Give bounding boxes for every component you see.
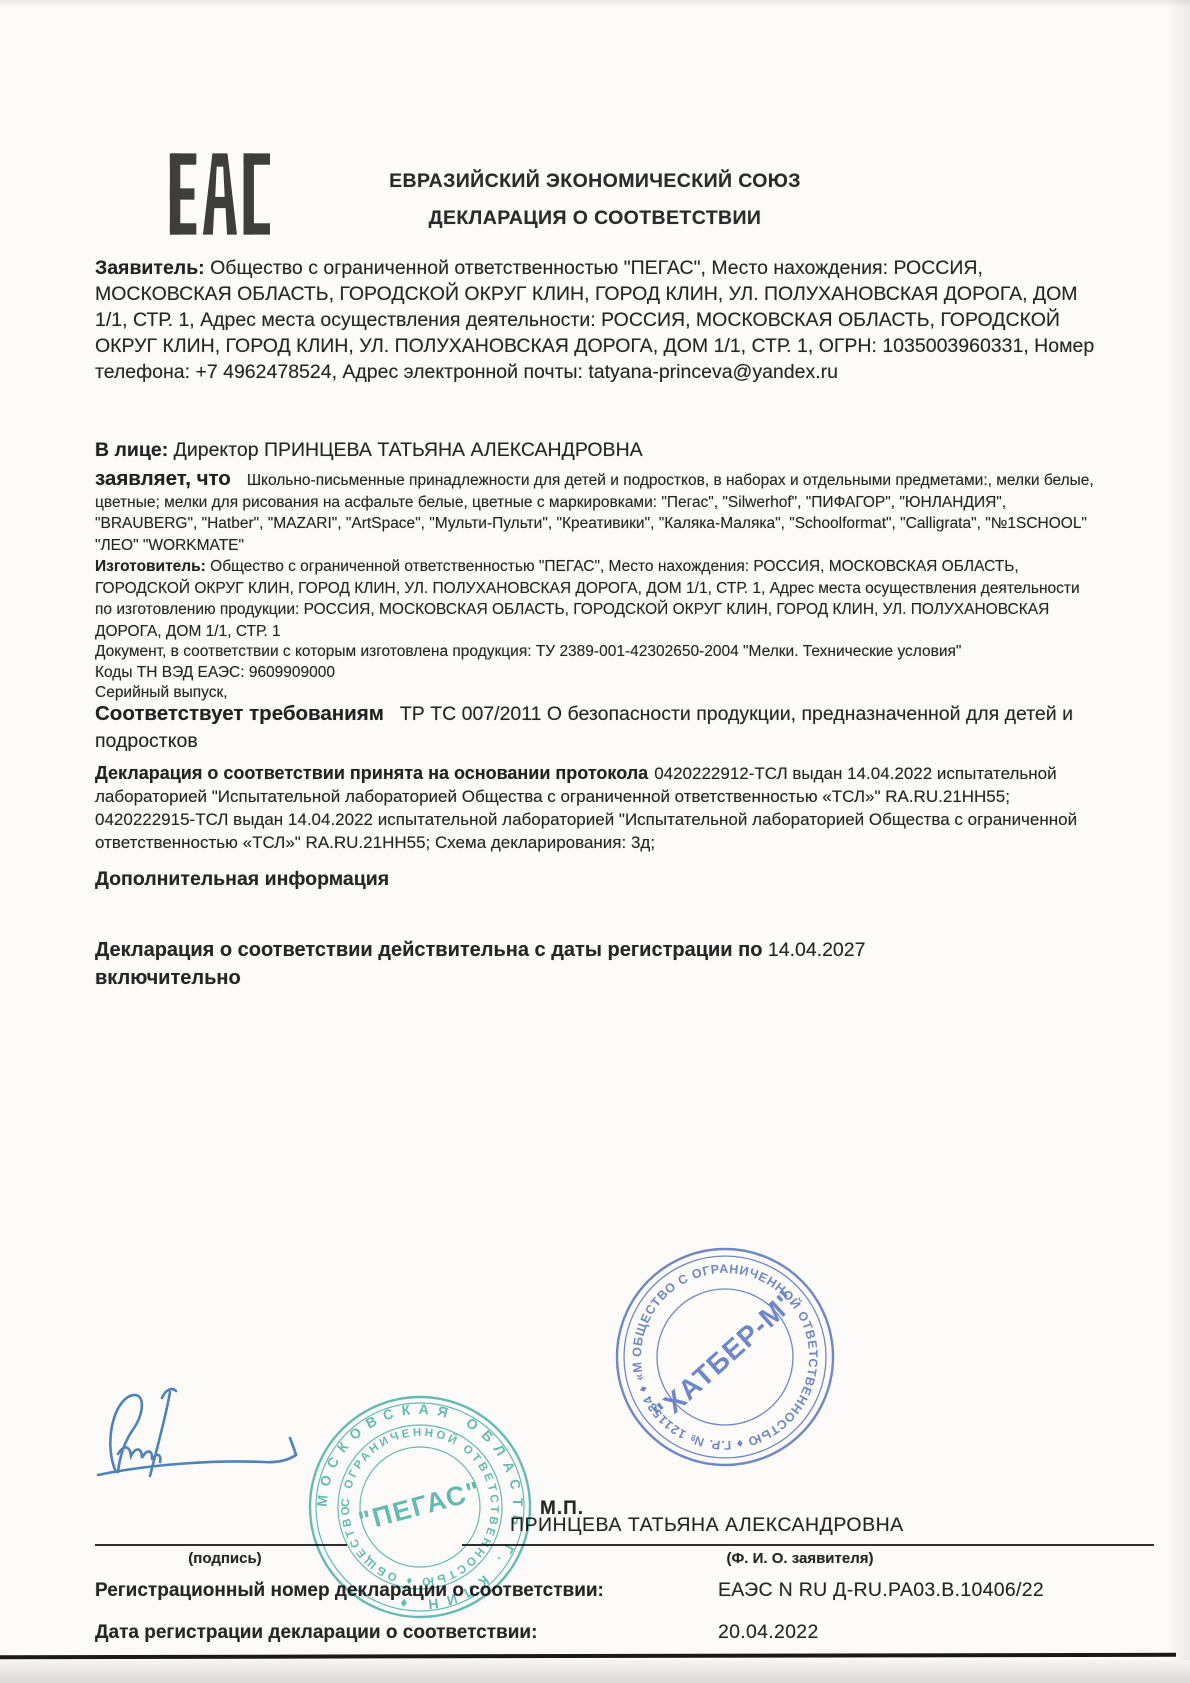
tnved-line: Коды ТН ВЭД ЕАЭС: 9609909000 (95, 662, 1098, 684)
validity-paragraph: Декларация о соответствии действительна … (95, 936, 1098, 992)
scan-top-edge (0, 0, 1190, 7)
validity-label: Декларация о соответствии действительна … (95, 939, 762, 961)
manufacturer-label: Изготовитель: (95, 558, 206, 575)
union-title: ЕВРАЗИЙСКИЙ ЭКОНОМИЧЕСКИЙ СОЮЗ (90, 170, 1100, 193)
pegas-round-stamp: МОСКОВСКАЯ ОБЛАСТЬ Г. КЛИН ♦ С ОГРАНИЧЕН… (300, 1387, 540, 1627)
document-title: ДЕКЛАРАЦИЯ О СООТВЕТСТВИИ (90, 207, 1100, 230)
fullname-sublabel: (Ф. И. О. заявителя) (650, 1550, 950, 1567)
scan-bottom-edge (0, 1660, 1190, 1683)
hatber-center-text: "ХАТБЕР-М" (647, 1284, 802, 1428)
complies-label: Соответствует требованиям (95, 702, 384, 725)
signature-sublabel: (подпись) (145, 1550, 305, 1567)
validity-date: 14.04.2027 (768, 939, 866, 961)
scan-bottom-line (0, 1653, 1176, 1659)
scan-right-edge (1166, 0, 1190, 1683)
declares-label: заявляет, что (95, 467, 231, 490)
validity-suffix: включительно (95, 964, 1098, 992)
declares-text: Школьно-письменные принадлежности для де… (95, 472, 1094, 554)
basis-paragraph: Декларация о соответствии принята на осн… (95, 762, 1098, 854)
declares-paragraph: заявляет, чтоШкольно-письменные принадле… (95, 468, 1098, 556)
hatber-round-stamp: ОБЩЕСТВО С ОГРАНИЧЕННОЙ ОТВЕТСТВЕННОСТЬЮ… (610, 1242, 840, 1472)
fullname-line (462, 1544, 1154, 1546)
person-text: Директор ПРИНЦЕВА ТАТЬЯНА АЛЕКСАНДРОВНА (174, 439, 643, 461)
manufacturer-text: Общество с ограниченной ответственностью… (95, 558, 1080, 640)
document-line: Документ, в соответствии с которым изгот… (95, 641, 1098, 663)
person-label: В лице: (95, 439, 168, 461)
applicant-label: Заявитель: (95, 257, 205, 279)
additional-info-label: Дополнительная информация (95, 866, 1098, 892)
applicant-text: Общество с ограниченной ответственностью… (95, 257, 1094, 383)
applicant-paragraph: Заявитель: Общество с ограниченной ответ… (95, 255, 1098, 385)
declaration-document-page: ЕВРАЗИЙСКИЙ ЭКОНОМИЧЕСКИЙ СОЮЗ ДЕКЛАРАЦИ… (0, 0, 1190, 1683)
complies-paragraph: Соответствует требованиямТР ТС 007/2011 … (95, 700, 1098, 755)
person-line: В лице: Директор ПРИНЦЕВА ТАТЬЯНА АЛЕКСА… (95, 437, 1098, 463)
registration-date-value: 20.04.2022 (718, 1621, 819, 1644)
pegas-center-text: "ПЕГАС" (355, 1475, 484, 1536)
manufacturer-paragraph: Изготовитель: Общество с ограниченной от… (95, 556, 1098, 642)
basis-label: Декларация о соответствии принята на осн… (95, 763, 648, 783)
applicant-fullname: ПРИНЦЕВА ТАТЬЯНА АЛЕКСАНДРОВНА (510, 1514, 904, 1537)
registration-number-value: ЕАЭС N RU Д-RU.РА03.В.10406/22 (718, 1579, 1044, 1602)
